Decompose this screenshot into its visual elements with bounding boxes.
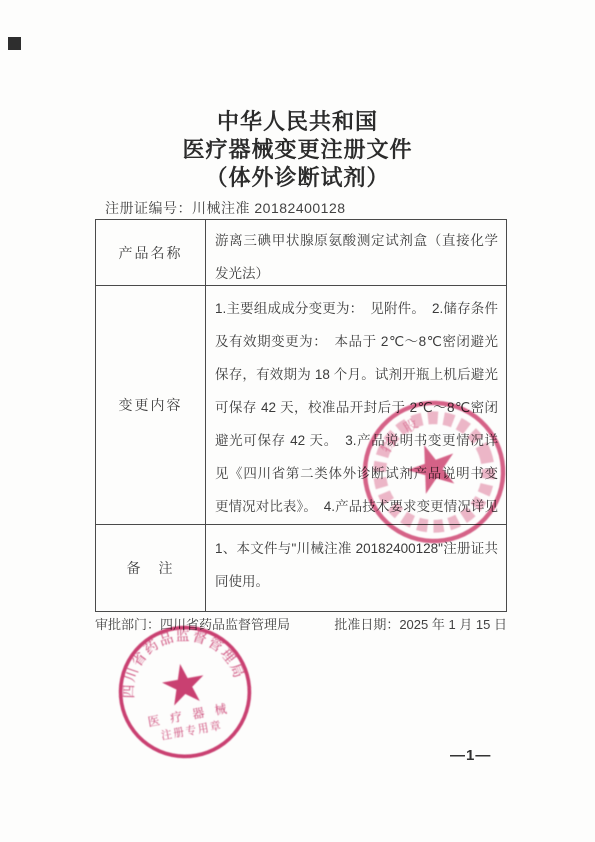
row-content-change-content: 1.主要组成成分变更为： 见附件。 2.储存条件及有效期变更为： 本品于 2℃～…: [206, 286, 506, 524]
table-row-remarks: 备 注 1、本文件与"川械注准 20182400128"注册证共同使用。: [96, 524, 506, 611]
registration-number-line: 注册证编号：川械注准 20182400128: [105, 198, 346, 218]
row-content-remarks: 1、本文件与"川械注准 20182400128"注册证共同使用。: [206, 525, 506, 611]
registration-table: 产品名称 游离三碘甲状腺原氨酸测定试剂盒（直接化学发光法） 变更内容 1.主要组…: [95, 219, 507, 612]
registration-number-value: 川械注准 20182400128: [192, 200, 346, 216]
document-page: 中华人民共和国 医疗器械变更注册文件 （体外诊断试剂） 注册证编号：川械注准 2…: [0, 0, 595, 842]
authority-seal-ring: [110, 617, 259, 766]
row-label-change-content: 变更内容: [96, 286, 206, 524]
approval-footer: 审批部门：四川省药品监督管理局 批准日期：2025 年 1 月 15 日: [95, 614, 507, 633]
approval-date-label: 批准日期：: [334, 617, 399, 632]
approval-department-value: 四川省药品监督管理局: [160, 617, 290, 632]
authority-seal-line2: 注册专用章: [160, 718, 223, 742]
scan-artifact-mark: [8, 37, 21, 50]
page-number: —1—: [450, 747, 491, 764]
title-line-country: 中华人民共和国: [0, 108, 595, 136]
document-title: 中华人民共和国 医疗器械变更注册文件 （体外诊断试剂）: [0, 108, 595, 192]
authority-seal-star-icon: [159, 660, 207, 707]
approval-department-label: 审批部门：: [95, 617, 160, 632]
registration-number-label: 注册证编号：: [105, 200, 192, 216]
row-label-product-name: 产品名称: [96, 220, 206, 285]
table-row-change-content: 变更内容 1.主要组成成分变更为： 见附件。 2.储存条件及有效期变更为： 本品…: [96, 285, 506, 524]
title-line-doc-type: 医疗器械变更注册文件: [0, 136, 595, 164]
table-row-product-name: 产品名称 游离三碘甲状腺原氨酸测定试剂盒（直接化学发光法）: [96, 220, 506, 285]
row-label-remarks: 备 注: [96, 525, 206, 611]
title-line-subtype: （体外诊断试剂）: [0, 164, 595, 192]
authority-seal-line1: 医 疗 器 械: [147, 700, 232, 729]
approval-date-value: 2025 年 1 月 15 日: [399, 617, 507, 632]
approval-department: 审批部门：四川省药品监督管理局: [95, 614, 290, 633]
authority-seal: 四川省药品监督管理局 医 疗 器 械 注册专用章: [105, 612, 265, 772]
approval-date: 批准日期：2025 年 1 月 15 日: [334, 614, 507, 633]
row-content-product-name: 游离三碘甲状腺原氨酸测定试剂盒（直接化学发光法）: [206, 220, 506, 285]
